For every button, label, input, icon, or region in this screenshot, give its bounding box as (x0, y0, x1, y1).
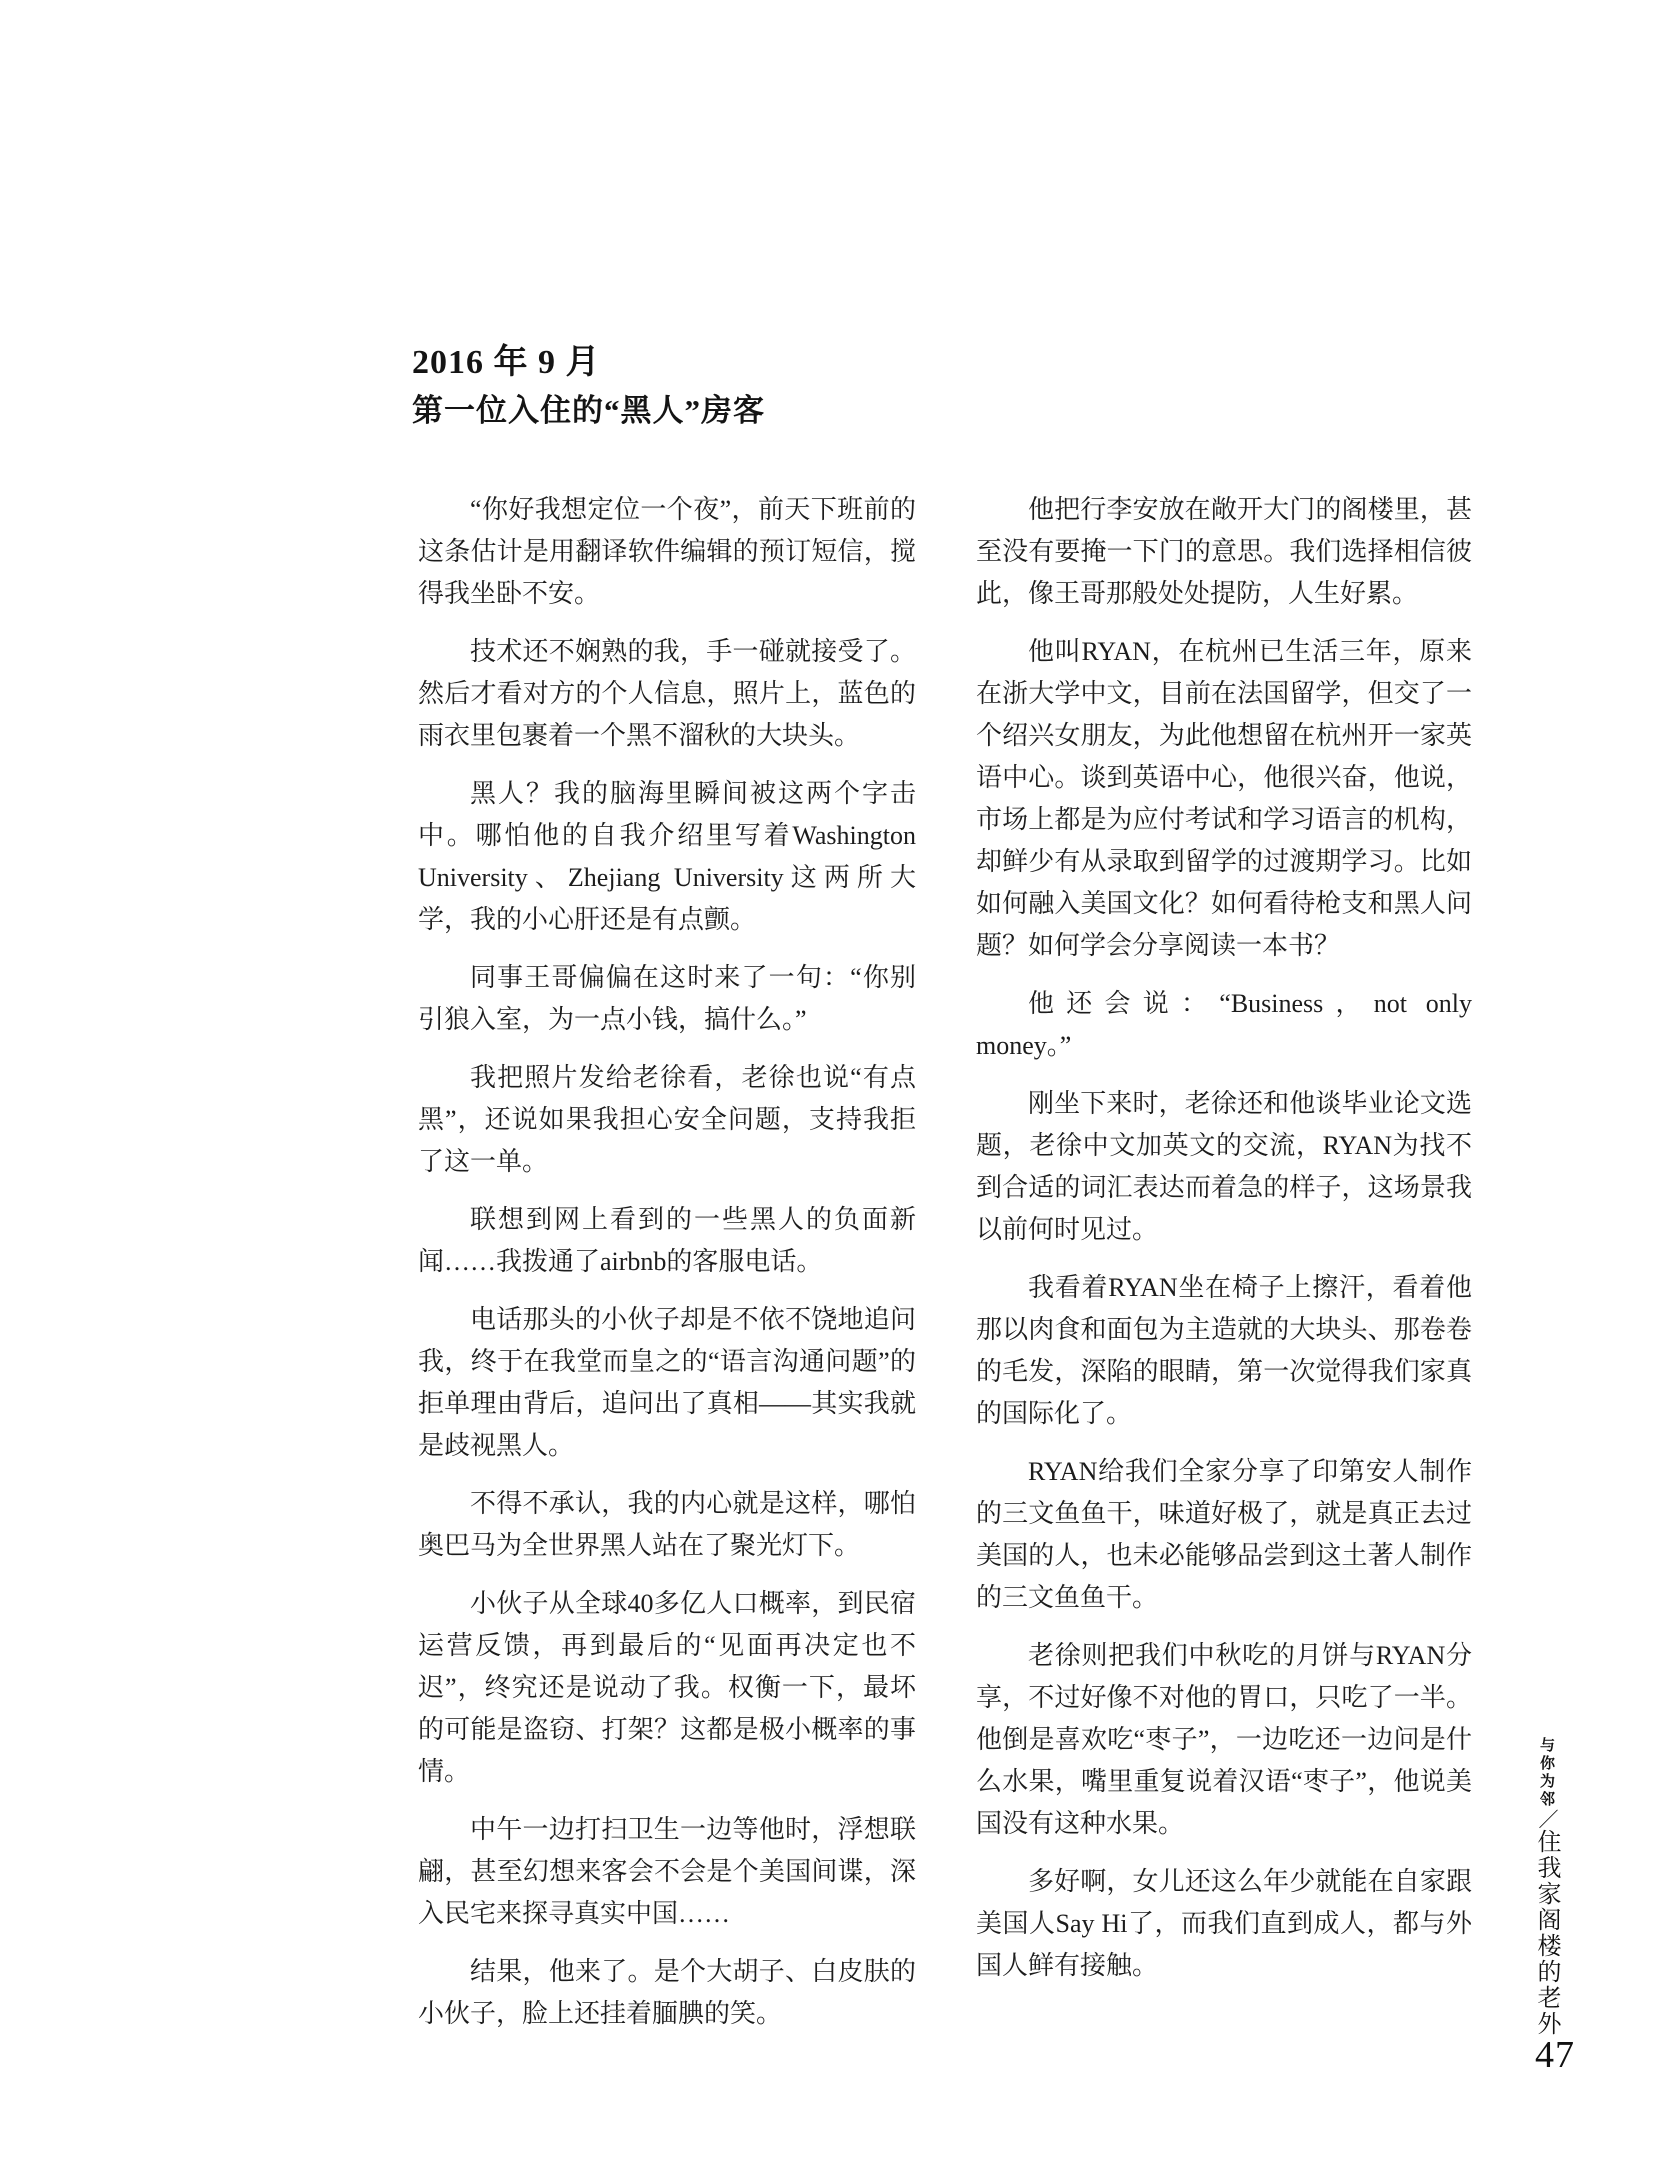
paragraph: 他还会说：“Business，not only money。” (976, 983, 1472, 1067)
paragraph: 小伙子从全球40多亿人口概率，到民宿运营反馈，再到最后的“见面再决定也不迟”，终… (418, 1583, 916, 1793)
paragraph: 我把照片发给老徐看，老徐也说“有点黑”，还说如果我担心安全问题，支持我拒了这一单… (418, 1057, 916, 1183)
right-column: 他把行李安放在敞开大门的阁楼里，甚至没有要掩一下门的意思。我们选择相信彼此，像王… (976, 489, 1472, 1987)
paragraph: “你好我想定位一个夜”，前天下班前的这条估计是用翻译软件编辑的预订短信，搅得我坐… (418, 489, 916, 615)
paragraph: 老徐则把我们中秋吃的月饼与RYAN分享，不过好像不对他的胃口，只吃了一半。他倒是… (976, 1635, 1472, 1845)
paragraph: 刚坐下来时，老徐还和他谈毕业论文选题，老徐中文加英文的交流，RYAN为找不到合适… (976, 1083, 1472, 1251)
chapter-date: 2016 年 9 月 (412, 342, 765, 385)
paragraph: 同事王哥偏偏在这时来了一句：“你别引狼入室，为一点小钱，搞什么。” (418, 957, 916, 1041)
paragraph: 黑人？我的脑海里瞬间被这两个字击中。哪怕他的自我介绍里写着Washington … (418, 773, 916, 941)
paragraph: 技术还不娴熟的我，手一碰就接受了。然后才看对方的个人信息，照片上，蓝色的雨衣里包… (418, 631, 916, 757)
page-number: 47 (1535, 2033, 1575, 2077)
paragraph: RYAN给我们全家分享了印第安人制作的三文鱼鱼干，味道好极了，就是真正去过美国的… (976, 1451, 1472, 1619)
margin-label: 与你为邻／住我家阁楼的老外 (1534, 1737, 1558, 2037)
series-title: 与你为邻 (1538, 1737, 1555, 1809)
paragraph: 不得不承认，我的内心就是这样，哪怕奥巴马为全世界黑人站在了聚光灯下。 (418, 1483, 916, 1567)
paragraph: 联想到网上看到的一些黑人的负面新闻……我拨通了airbnb的客服电话。 (418, 1199, 916, 1283)
left-column: “你好我想定位一个夜”，前天下班前的这条估计是用翻译软件编辑的预订短信，搅得我坐… (418, 489, 916, 2035)
chapter-header: 2016 年 9 月 第一位入住的“黑人”房客 (412, 342, 765, 430)
slash-separator: ／ (1535, 1809, 1557, 1829)
paragraph: 中午一边打扫卫生一边等他时，浮想联翩，甚至幻想来客会不会是个美国间谍，深入民宅来… (418, 1809, 916, 1935)
paragraph: 他把行李安放在敞开大门的阁楼里，甚至没有要掩一下门的意思。我们选择相信彼此，像王… (976, 489, 1472, 615)
book-page: 2016 年 9 月 第一位入住的“黑人”房客 “你好我想定位一个夜”，前天下班… (0, 0, 1654, 2165)
paragraph: 我看着RYAN坐在椅子上擦汗，看着他那以肉食和面包为主造就的大块头、那卷卷的毛发… (976, 1267, 1472, 1435)
margin-chapter-title: 住我家阁楼的老外 (1533, 1829, 1559, 2037)
paragraph: 多好啊，女儿还这么年少就能在自家跟美国人Say Hi了，而我们直到成人，都与外国… (976, 1861, 1472, 1987)
paragraph: 他叫RYAN，在杭州已生活三年，原来在浙大学中文，目前在法国留学，但交了一个绍兴… (976, 631, 1472, 967)
paragraph: 电话那头的小伙子却是不依不饶地追问我，终于在我堂而皇之的“语言沟通问题”的拒单理… (418, 1299, 916, 1467)
paragraph: 结果，他来了。是个大胡子、白皮肤的小伙子，脸上还挂着腼腆的笑。 (418, 1951, 916, 2035)
chapter-title: 第一位入住的“黑人”房客 (412, 392, 765, 431)
